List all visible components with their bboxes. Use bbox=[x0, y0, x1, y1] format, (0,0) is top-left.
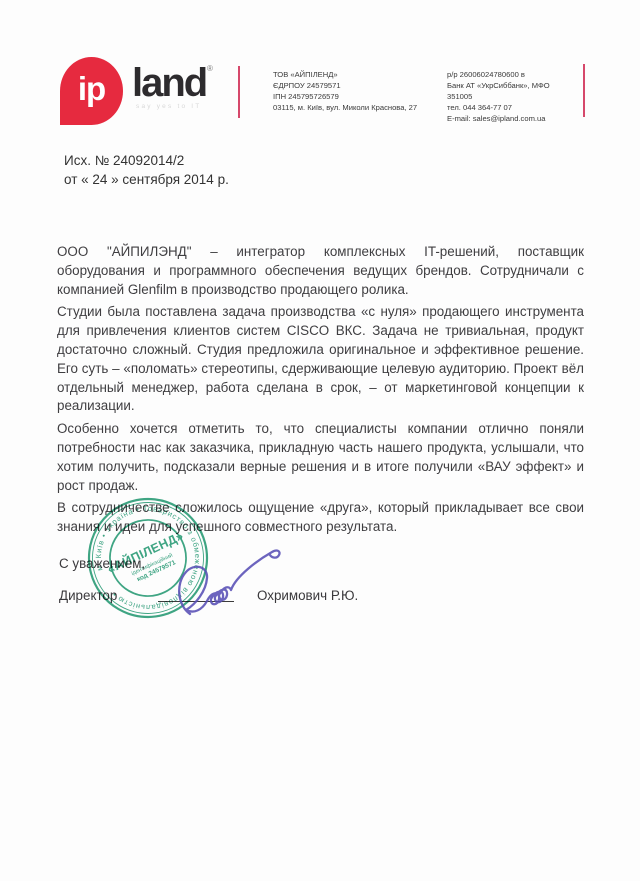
phone-number: тел. 044 364-77 07 bbox=[447, 102, 577, 113]
logo-tagline: say yes to IT bbox=[136, 103, 201, 110]
header-divider-right bbox=[583, 64, 585, 117]
logo-ip-text: ip bbox=[78, 70, 105, 108]
company-details: ТОВ «АЙПІЛЕНД» ЄДРПОУ 24579571 ІПН 24579… bbox=[273, 69, 438, 113]
handwritten-signature-icon bbox=[158, 528, 293, 623]
paragraph: ООО "АЙПИЛЭНД" – интегратор комплексных … bbox=[57, 243, 584, 299]
bank-account: р/р 26006024780600 в bbox=[447, 69, 577, 80]
bank-name: Банк АТ «УкрСиббанк», МФО 351005 bbox=[447, 80, 577, 102]
company-ipn: ІПН 245795726579 bbox=[273, 91, 438, 102]
registered-trademark-icon: ® bbox=[207, 64, 213, 73]
ref-number: Исх. № 24092014/2 bbox=[64, 151, 229, 170]
ref-date: от « 24 » сентября 2014 р. bbox=[64, 170, 229, 189]
ipland-logo-mark: ip bbox=[60, 57, 123, 125]
company-edrpou: ЄДРПОУ 24579571 bbox=[273, 80, 438, 91]
logo-land-text: land bbox=[132, 63, 206, 103]
outgoing-reference: Исх. № 24092014/2 от « 24 » сентября 201… bbox=[64, 151, 229, 189]
paragraph: Студии была поставлена задача производст… bbox=[57, 303, 584, 416]
bank-details: р/р 26006024780600 в Банк АТ «УкрСиббанк… bbox=[447, 69, 577, 124]
paragraph: Особенно хочется отметить то, что специа… bbox=[57, 420, 584, 495]
company-name: ТОВ «АЙПІЛЕНД» bbox=[273, 69, 438, 80]
company-address: 03115, м. Київ, вул. Миколи Краснова, 27 bbox=[273, 102, 438, 113]
scanned-letter-page: ip land ® say yes to IT ТОВ «АЙПІЛЕНД» Є… bbox=[0, 0, 640, 881]
header-divider-left bbox=[238, 66, 240, 118]
email-address: E-mail: sales@ipland.com.ua bbox=[447, 113, 577, 124]
